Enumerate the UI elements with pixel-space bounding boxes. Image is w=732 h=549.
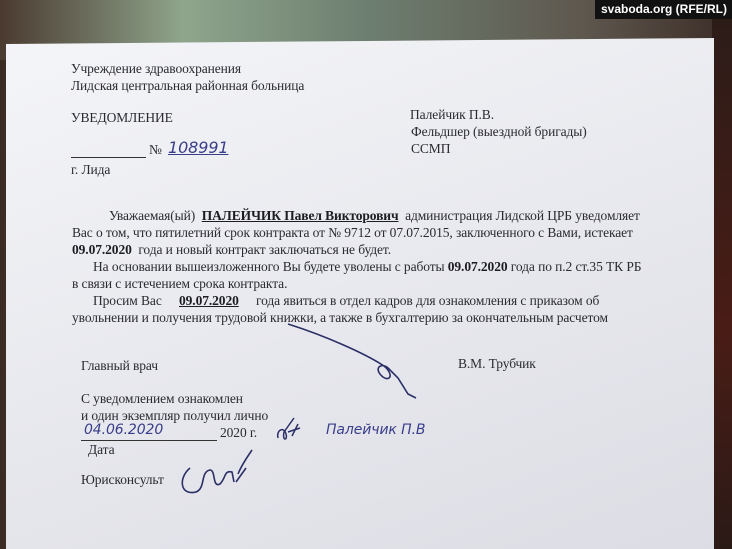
chief-signature bbox=[286, 320, 426, 410]
city: г. Лида bbox=[71, 162, 110, 178]
lawyer-label: Юрисконсульт bbox=[81, 472, 164, 488]
source-watermark: svaboda.org (RFE/RL) bbox=[595, 0, 732, 19]
employee-full-name: ПАЛЕЙЧИК Павел Викторович bbox=[202, 208, 399, 223]
paragraph1-line2: Вас о том, что пятилетний срок контракта… bbox=[72, 225, 633, 241]
ack-date-handwritten: 04.06.2020 bbox=[84, 422, 163, 438]
report-date: 09.07.2020 bbox=[165, 293, 253, 308]
institution-line1: Учреждение здравоохранения bbox=[71, 61, 241, 77]
chief-doctor-label: Главный врач bbox=[81, 358, 158, 374]
chief-doctor-name: В.М. Трубчик bbox=[458, 356, 536, 372]
ack-date-line bbox=[81, 440, 217, 441]
date-label: Дата bbox=[88, 442, 115, 458]
lawyer-signature bbox=[176, 448, 256, 503]
paragraph1-line3: 09.07.2020 года и новый контракт заключа… bbox=[72, 242, 391, 258]
paragraph2-line2: в связи с истечением срока контракта. bbox=[72, 276, 287, 292]
addressee-position: Фельдшер (выездной бригады) bbox=[411, 124, 587, 140]
number-label: № bbox=[149, 142, 162, 158]
paragraph2-line1: На основании вышеизложенного Вы будете у… bbox=[93, 259, 641, 275]
employee-signature bbox=[274, 416, 314, 446]
dismissal-date: 09.07.2020 bbox=[448, 259, 508, 274]
ack-year-suffix: 2020 г. bbox=[220, 425, 257, 441]
paragraph3-line1: Просим Вас 09.07.2020 года явиться в отд… bbox=[93, 293, 599, 309]
document-number: 108991 bbox=[168, 138, 228, 157]
document-type: УВЕДОМЛЕНИЕ bbox=[71, 110, 173, 126]
paragraph1-line1: Уважаемая(ый) ПАЛЕЙЧИК Павел Викторович … bbox=[109, 208, 640, 224]
employee-handwritten-name: Палейчик П.В bbox=[326, 422, 425, 438]
institution-line2: Лидская центральная районная больница bbox=[71, 78, 304, 94]
addressee-name: Палейчик П.В. bbox=[410, 107, 494, 123]
date-blank bbox=[71, 157, 146, 158]
contract-end-date: 09.07.2020 bbox=[72, 242, 132, 257]
photo-background-edge bbox=[712, 0, 732, 549]
addressee-unit: ССМП bbox=[411, 141, 450, 157]
acknowledgement-line1: С уведомлением ознакомлен bbox=[81, 391, 243, 407]
notice-document: Учреждение здравоохранения Лидская центр… bbox=[6, 38, 714, 549]
